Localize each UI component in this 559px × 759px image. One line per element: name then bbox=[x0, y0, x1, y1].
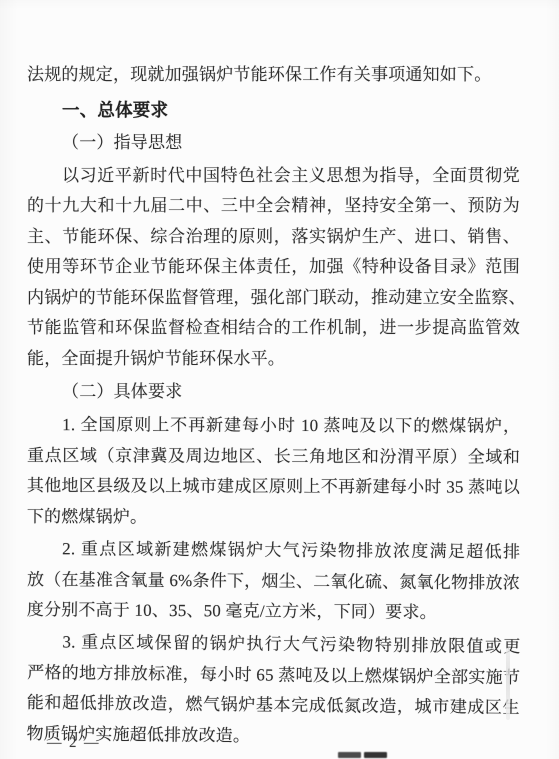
text-line: 法规的规定，现就加强锅炉节能环保工作有关事项通知如下。 bbox=[27, 60, 520, 91]
text-line: 放（在基准含氧量 6%条件下，烟尘、二氧化硫、氮氧化物排放浓 bbox=[27, 564, 520, 598]
document-body: 法规的规定，现就加强锅炉节能环保工作有关事项通知如下。一、总体要求（一）指导思想… bbox=[27, 60, 520, 749]
scanned-document-page: 法规的规定，现就加强锅炉节能环保工作有关事项通知如下。一、总体要求（一）指导思想… bbox=[0, 0, 559, 759]
text-line: 的十九大和十九届二中、三中全会精神，坚持安全第一、预防为 bbox=[27, 191, 520, 222]
text-line: 以习近平新时代中国特色社会主义思想为指导，全面贯彻党 bbox=[27, 161, 520, 192]
guiding-ideology-paragraph: 以习近平新时代中国特色社会主义思想为指导，全面贯彻党的十九大和十九届二中、三中全… bbox=[27, 161, 520, 375]
subsection-heading-2: （二）具体要求 bbox=[27, 377, 520, 408]
text-line: 一、总体要求 bbox=[62, 95, 520, 126]
text-line: 能和超低排放改造，燃气锅炉基本完成低氮改造，城市建成区生 bbox=[27, 688, 520, 724]
text-line: 能，全面提升锅炉节能环保水平。 bbox=[27, 344, 520, 375]
subsection-heading-1: （一）指导思想 bbox=[27, 128, 520, 159]
section-heading: 一、总体要求 bbox=[27, 95, 520, 126]
text-line: 2. 重点区域新建燃煤锅炉大气污染物排放浓度满足超低排 bbox=[27, 534, 520, 568]
page-number: — 2 — bbox=[47, 735, 101, 752]
text-line: 使用等环节企业节能环保主体责任，加强《特种设备目录》范围 bbox=[27, 252, 520, 283]
bottom-edge-ink-smudge bbox=[338, 752, 388, 759]
text-line: 3. 重点区域保留的锅炉执行大气污染物特别排放限值或更 bbox=[27, 627, 520, 663]
text-line: （一）指导思想 bbox=[62, 128, 520, 159]
requirement-item-2: 2. 重点区域新建燃煤锅炉大气污染物排放浓度满足超低排放（在基准含氧量 6%条件… bbox=[27, 534, 521, 629]
text-line: （二）具体要求 bbox=[62, 377, 520, 408]
scan-edge-artifact bbox=[506, 648, 510, 720]
text-line: 度分别不高于 10、35、50 毫克/立方米，下同）要求。 bbox=[27, 594, 520, 628]
text-line: 主、节能环保、综合治理的原则，落实锅炉生产、进口、销售、 bbox=[27, 222, 520, 253]
smudge-segment bbox=[364, 752, 387, 758]
text-line: 1. 全国原则上不再新建每小时 10 蒸吨及以下的燃煤锅炉， bbox=[27, 410, 520, 442]
text-line: 节能监管和环保监督检查相结合的工作机制，进一步提高监管效 bbox=[27, 313, 520, 344]
text-line: 其他地区县级及以上城市建成区原则上不再新建每小时 35 蒸吨以 bbox=[27, 471, 520, 503]
text-line: 内锅炉的节能环保监督管理，强化部门联动，推动建立安全监察、 bbox=[27, 283, 520, 314]
text-line: 下的燃煤锅炉。 bbox=[27, 501, 520, 533]
intro-paragraph: 法规的规定，现就加强锅炉节能环保工作有关事项通知如下。 bbox=[27, 60, 520, 91]
text-line: 重点区域（京津冀及周边地区、长三角地区和汾渭平原）全域和 bbox=[27, 440, 520, 472]
smudge-segment bbox=[338, 752, 361, 758]
requirement-item-1: 1. 全国原则上不再新建每小时 10 蒸吨及以下的燃煤锅炉，重点区域（京津冀及周… bbox=[27, 410, 520, 534]
